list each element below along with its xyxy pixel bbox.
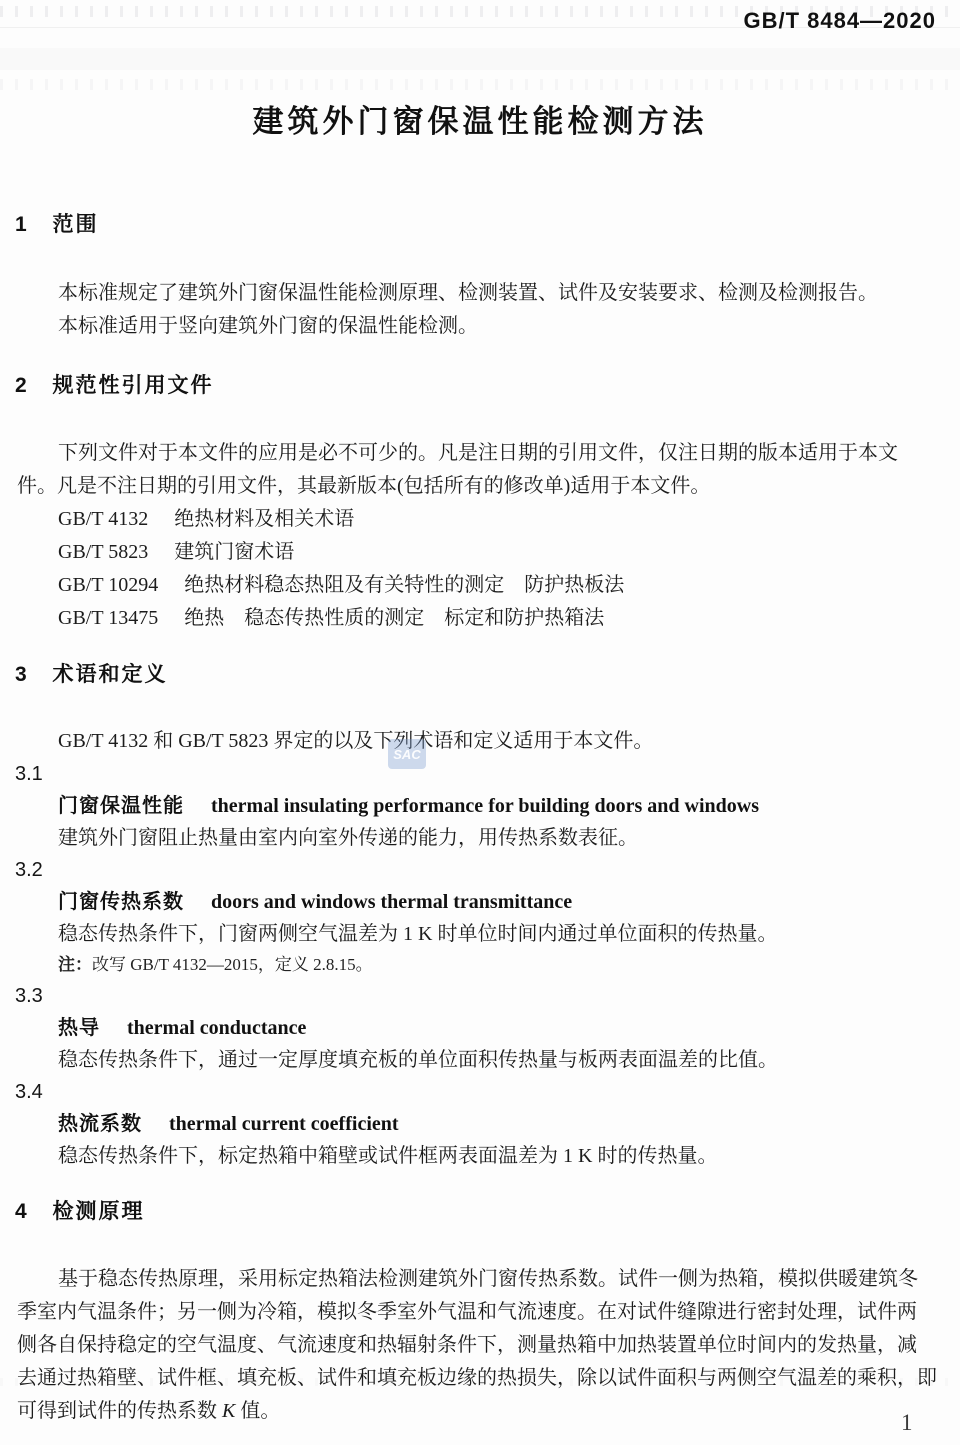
paragraph-line: 本标准适用于竖向建筑外门窗的保温性能检测。 bbox=[0, 310, 960, 343]
reference-code: GB/T 10294 bbox=[58, 574, 158, 596]
clause-number: 4 bbox=[15, 1199, 27, 1225]
standard-number: GB/T 8484—2020 bbox=[743, 8, 936, 34]
term-number: 3.2 bbox=[0, 854, 960, 886]
term-en: doors and windows thermal transmittance bbox=[211, 891, 572, 913]
page: GB/T 8484—2020 建筑外门窗保温性能检测方法 1 范围 本标准规定了… bbox=[0, 0, 960, 1445]
paragraph-text: 可得到试件的传热系数 bbox=[17, 1400, 222, 1422]
clause-title: 规范性引用文件 bbox=[53, 373, 214, 399]
term-en: thermal conductance bbox=[127, 1017, 306, 1039]
page-number: 1 bbox=[901, 1410, 913, 1436]
term-heading: 门窗保温性能 thermal insulating performance fo… bbox=[0, 790, 960, 822]
term-definition: 建筑外门窗阻止热量由室内向室外传递的能力，用传热系数表征。 bbox=[0, 822, 960, 854]
note-text: 改写 GB/T 4132—2015，定义 2.8.15。 bbox=[92, 955, 373, 974]
clause-title: 检测原理 bbox=[53, 1199, 145, 1225]
term-definition: 稳态传热条件下，通过一定厚度填充板的单位面积传热量与板两表面温差的比值。 bbox=[0, 1044, 960, 1076]
term-block: 3.4 热流系数 thermal current coefficient 稳态传… bbox=[0, 1076, 960, 1172]
clause-number: 1 bbox=[15, 212, 27, 238]
reference-item: GB/T 10294绝热材料稳态热阻及有关特性的测定 防护热板法 bbox=[0, 569, 960, 602]
reference-code: GB/T 13475 bbox=[58, 607, 158, 629]
terms-list: 3.1 门窗保温性能 thermal insulating performanc… bbox=[0, 758, 960, 1172]
term-zh: 门窗保温性能 bbox=[58, 795, 184, 817]
clause-number: 3 bbox=[15, 662, 27, 688]
term-en: thermal insulating performance for build… bbox=[211, 795, 759, 817]
clause-title: 范围 bbox=[53, 212, 99, 238]
paragraph-line: 侧各自保持稳定的空气温度、气流速度和热辐射条件下，测量热箱中加热装置单位时间内的… bbox=[0, 1329, 960, 1362]
term-zh: 热流系数 bbox=[58, 1113, 142, 1135]
clause-heading-4: 4 检测原理 bbox=[0, 1199, 960, 1225]
clause-heading-2: 2 规范性引用文件 bbox=[0, 373, 960, 399]
term-number: 3.4 bbox=[0, 1076, 960, 1108]
term-block: 3.1 门窗保温性能 thermal insulating performanc… bbox=[0, 758, 960, 854]
clause-heading-1: 1 范围 bbox=[0, 212, 960, 238]
paragraph-line: 本标准规定了建筑外门窗保温性能检测原理、检测装置、试件及安装要求、检测及检测报告… bbox=[0, 277, 960, 310]
term-heading: 热流系数 thermal current coefficient bbox=[0, 1108, 960, 1140]
paragraph-line: 基于稳态传热原理，采用标定热箱法检测建筑外门窗传热系数。试件一侧为热箱，模拟供暖… bbox=[0, 1263, 960, 1296]
reference-title: 绝热 稳态传热性质的测定 标定和防护热箱法 bbox=[184, 607, 604, 629]
reference-item: GB/T 13475绝热 稳态传热性质的测定 标定和防护热箱法 bbox=[0, 602, 960, 635]
reference-item: GB/T 5823建筑门窗术语 bbox=[0, 536, 960, 569]
clause-heading-3: 3 术语和定义 bbox=[0, 662, 960, 688]
scan-artifact-dashes-bottom bbox=[0, 1378, 960, 1386]
term-definition: 稳态传热条件下，门窗两侧空气温差为 1 K 时单位时间内通过单位面积的传热量。 bbox=[0, 918, 960, 950]
term-note: 注：改写 GB/T 4132—2015，定义 2.8.15。 bbox=[0, 950, 960, 980]
scan-artifact-dashes-second bbox=[0, 79, 960, 90]
term-definition: 稳态传热条件下，标定热箱中箱壁或试件框两表面温差为 1 K 时的传热量。 bbox=[0, 1140, 960, 1172]
term-number: 3.3 bbox=[0, 980, 960, 1012]
reference-title: 建筑门窗术语 bbox=[174, 541, 294, 563]
k-symbol: K bbox=[222, 1400, 235, 1422]
paragraph-text: 值。 bbox=[235, 1400, 280, 1422]
scan-artifact-band bbox=[0, 48, 960, 70]
paragraph-line: 季室内气温条件；另一侧为冷箱，模拟冬季室外气温和气流速度。在对试件缝隙进行密封处… bbox=[0, 1296, 960, 1329]
reference-code: GB/T 5823 bbox=[58, 541, 148, 563]
term-block: 3.2 门窗传热系数 doors and windows thermal tra… bbox=[0, 854, 960, 980]
term-number: 3.1 bbox=[0, 758, 960, 790]
reference-title: 绝热材料及相关术语 bbox=[174, 508, 354, 530]
term-zh: 门窗传热系数 bbox=[58, 891, 184, 913]
term-heading: 热导 thermal conductance bbox=[0, 1012, 960, 1044]
term-zh: 热导 bbox=[58, 1017, 100, 1039]
paragraph-line: GB/T 4132 和 GB/T 5823 界定的以及下列术语和定义适用于本文件… bbox=[0, 725, 960, 758]
clause-number: 2 bbox=[15, 373, 27, 399]
paragraph-line: 下列文件对于本文件的应用是必不可少的。凡是注日期的引用文件，仅注日期的版本适用于… bbox=[0, 437, 960, 470]
paragraph-line: 可得到试件的传热系数 K 值。 bbox=[0, 1395, 960, 1428]
paragraph-line: 件。凡是不注日期的引用文件，其最新版本(包括所有的修改单)适用于本文件。 bbox=[0, 470, 960, 503]
term-block: 3.3 热导 thermal conductance 稳态传热条件下，通过一定厚… bbox=[0, 980, 960, 1076]
reference-code: GB/T 4132 bbox=[58, 508, 148, 530]
term-en: thermal current coefficient bbox=[169, 1113, 399, 1135]
sac-watermark: SAC bbox=[388, 739, 426, 769]
clause-title: 术语和定义 bbox=[53, 662, 168, 688]
document-title: 建筑外门窗保温性能检测方法 bbox=[0, 102, 960, 142]
term-heading: 门窗传热系数 doors and windows thermal transmi… bbox=[0, 886, 960, 918]
note-label: 注： bbox=[58, 955, 92, 974]
reference-item: GB/T 4132绝热材料及相关术语 bbox=[0, 503, 960, 536]
reference-title: 绝热材料稳态热阻及有关特性的测定 防护热板法 bbox=[184, 574, 624, 596]
